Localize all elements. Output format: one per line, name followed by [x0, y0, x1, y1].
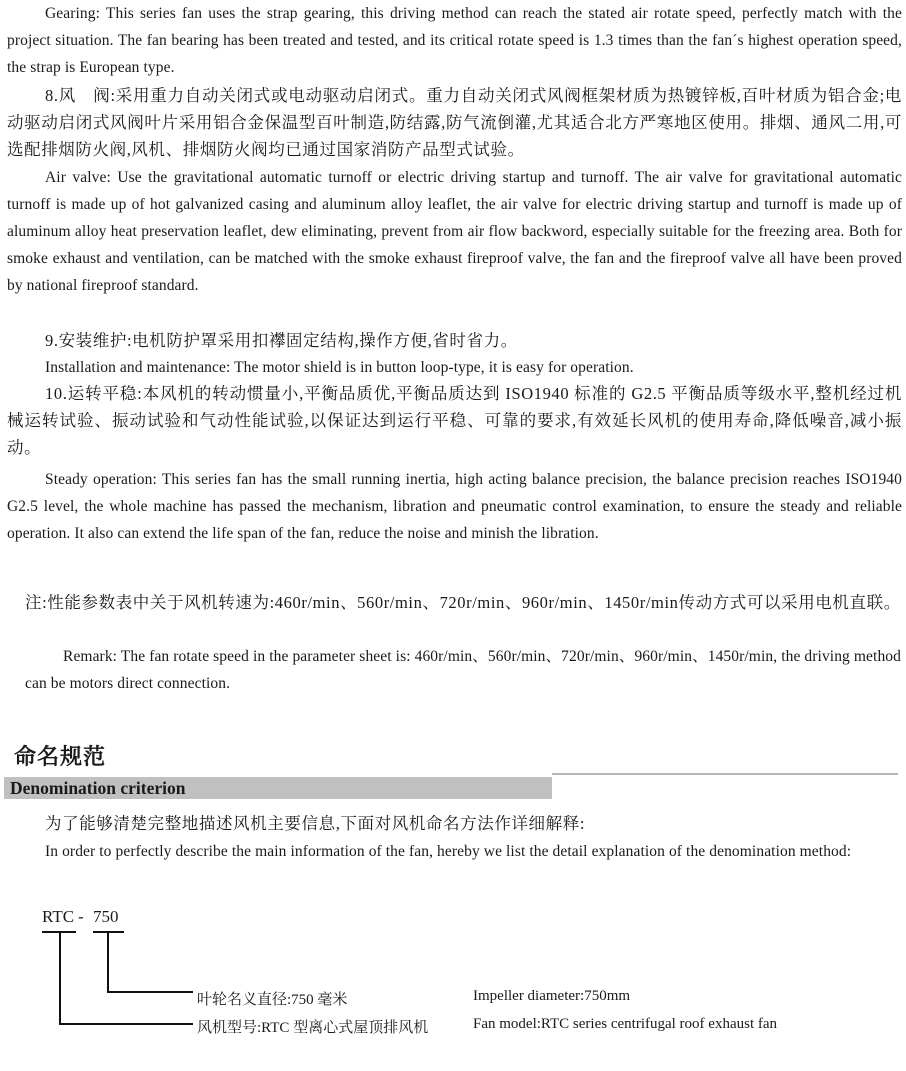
section-title-cn: 命名规范 — [14, 740, 106, 771]
air-valve-paragraph-en: Air valve: Use the gravitational automat… — [7, 164, 902, 299]
code-prefix: RTC — [42, 907, 74, 927]
intro-paragraph-cn: 为了能够清楚完整地描述风机主要信息,下面对风机命名方法作详细解释: — [7, 810, 902, 837]
size-label-cn: 叶轮名义直径:750 毫米 — [197, 988, 347, 1009]
prefix-connector-vertical — [59, 931, 61, 1025]
prefix-connector-horizontal — [59, 1023, 193, 1025]
size-label-en: Impeller diameter:750mm — [473, 988, 630, 1005]
code-dash: - — [78, 907, 84, 927]
installation-paragraph-cn: 9.安装维护:电机防护罩采用扣襻固定结构,操作方便,省时省力。 — [7, 327, 902, 354]
remark-paragraph-en: Remark: The fan rotate speed in the para… — [25, 643, 901, 697]
installation-paragraph-en: Installation and maintenance: The motor … — [7, 354, 902, 381]
code-size: 750 — [93, 907, 119, 927]
size-connector-horizontal — [107, 991, 193, 993]
section-divider — [552, 773, 898, 775]
note-paragraph-cn: 注:性能参数表中关于风机转速为:460r/min、560r/min、720r/m… — [25, 589, 901, 616]
steady-paragraph-cn: 10.运转平稳:本风机的转动惯量小,平衡品质优,平衡品质达到 ISO1940 标… — [7, 380, 902, 461]
model-label-cn: 风机型号:RTC 型离心式屋顶排风机 — [197, 1016, 428, 1037]
air-valve-paragraph-cn: 8.风 阀:采用重力自动关闭式或电动驱动启闭式。重力自动关闭式风阀框架材质为热镀… — [7, 82, 902, 163]
section-title-en: Denomination criterion — [4, 777, 552, 799]
steady-paragraph-en: Steady operation: This series fan has th… — [7, 466, 902, 547]
intro-paragraph-en: In order to perfectly describe the main … — [7, 838, 902, 865]
size-connector-vertical — [107, 931, 109, 993]
gearing-paragraph-en: Gearing: This series fan uses the strap … — [7, 0, 902, 81]
model-label-en: Fan model:RTC series centrifugal roof ex… — [473, 1016, 777, 1033]
